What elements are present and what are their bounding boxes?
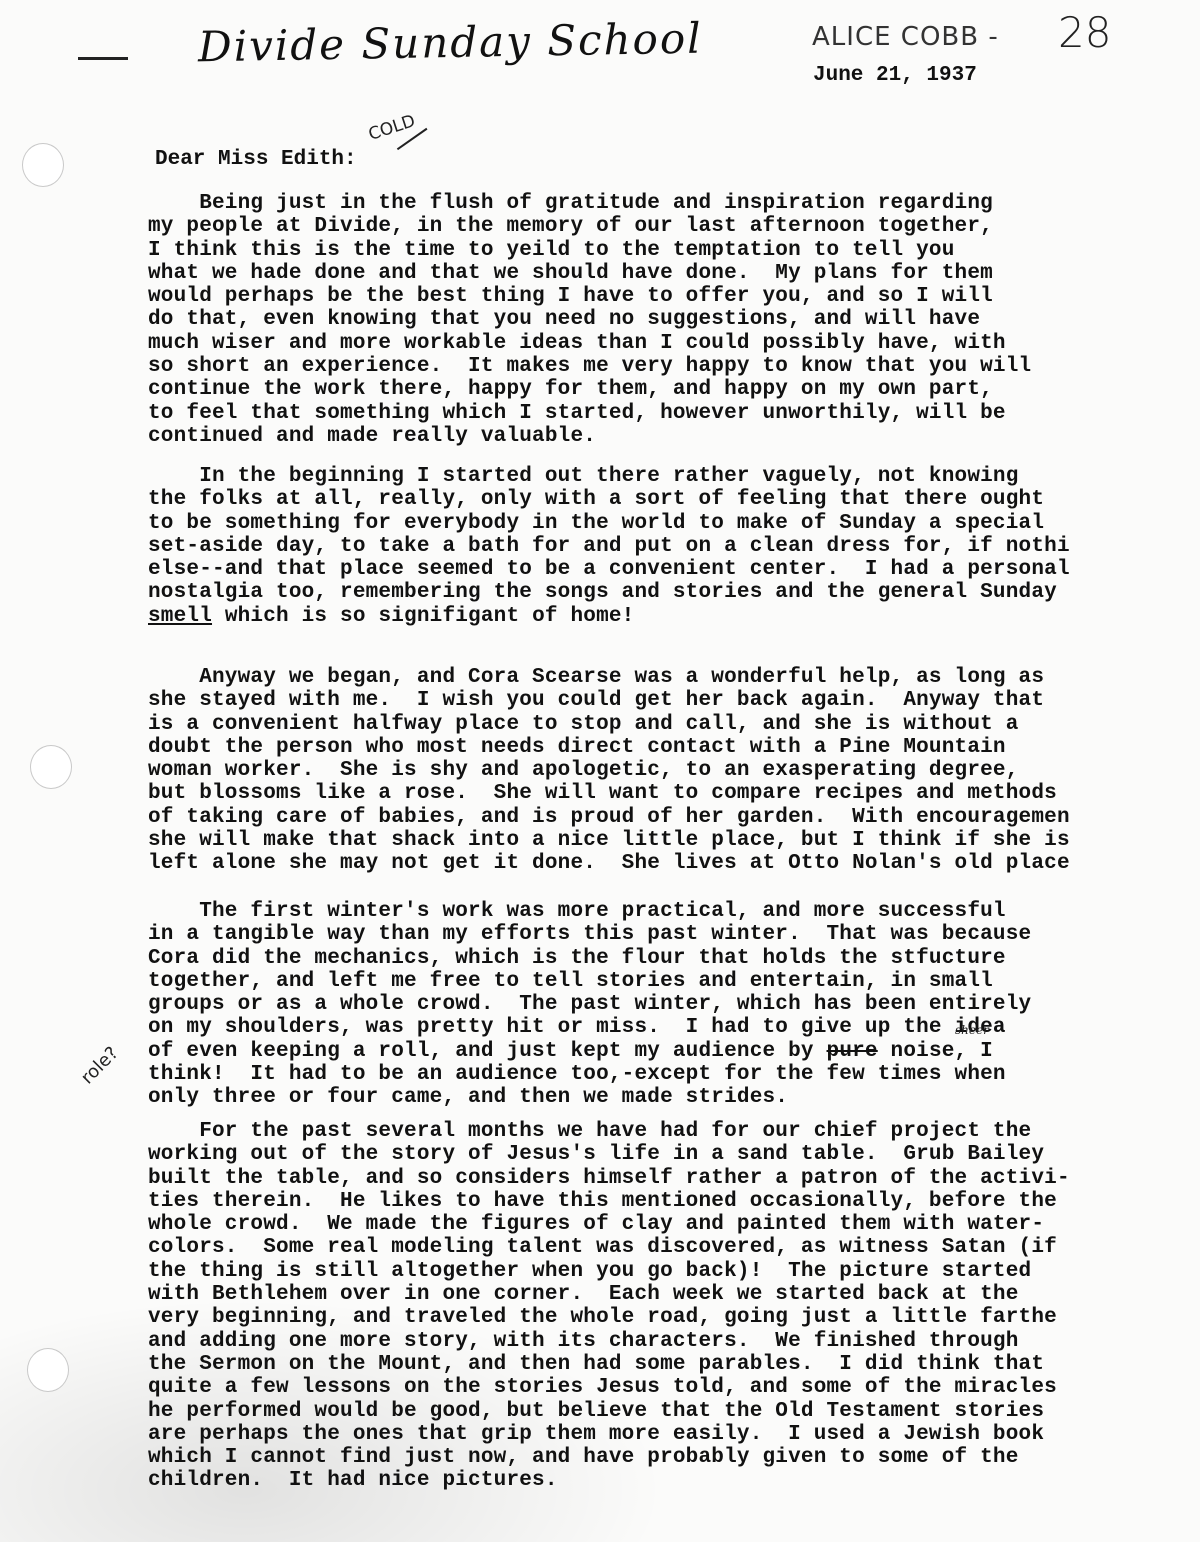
text-line: my people at Divide, in the memory of ou…: [148, 215, 1200, 238]
text-line: working out of the story of Jesus's life…: [148, 1143, 1200, 1166]
underlined-word: smell: [148, 605, 212, 628]
text-fragment: which is so signifigant of home!: [212, 605, 634, 628]
handwritten-author: ALICE COBB -: [812, 22, 999, 52]
text-line: smell which is so signifigant of home!: [148, 605, 1200, 628]
text-line: Cora did the mechanics, which is the flo…: [148, 947, 1200, 970]
text-fragment: noise, I: [878, 1040, 993, 1063]
text-line: continued and made really valuable.: [148, 425, 1200, 448]
text-line: is a convenient halfway place to stop an…: [148, 713, 1200, 736]
text-line: For the past several months we have had …: [148, 1120, 1200, 1143]
text-line: Anyway we began, and Cora Scearse was a …: [148, 666, 1200, 689]
text-line: built the table, and so considers himsel…: [148, 1167, 1200, 1190]
handwritten-dash: [78, 57, 128, 60]
paragraph-3: Anyway we began, and Cora Scearse was a …: [148, 666, 1200, 876]
text-line: quite a few lessons on the stories Jesus…: [148, 1376, 1200, 1399]
text-line: on my shoulders, was pretty hit or miss.…: [148, 1016, 1200, 1039]
text-line: he performed would be good, but believe …: [148, 1400, 1200, 1423]
text-line: and adding one more story, with its char…: [148, 1330, 1200, 1353]
text-line: woman worker. She is shy and apologetic,…: [148, 759, 1200, 782]
handwritten-page-number: 28: [1058, 8, 1111, 57]
text-line: think! It had to be an audience too,-exc…: [148, 1063, 1200, 1086]
text-line: set-aside day, to take a bath for and pu…: [148, 535, 1200, 558]
text-line: of even keeping a roll, and just kept my…: [148, 1040, 1200, 1063]
text-line: only three or four came, and then we mad…: [148, 1086, 1200, 1109]
text-line: she will make that shack into a nice lit…: [148, 829, 1200, 852]
text-line: the folks at all, really, only with a so…: [148, 488, 1200, 511]
paragraph-4: The first winter's work was more practic…: [148, 900, 1200, 1110]
text-line: whole crowd. We made the figures of clay…: [148, 1213, 1200, 1236]
text-line: nostalgia too, remembering the songs and…: [148, 581, 1200, 604]
text-line: what we hade done and that we should hav…: [148, 262, 1200, 285]
text-line: Being just in the flush of gratitude and…: [148, 192, 1200, 215]
text-line: do that, even knowing that you need no s…: [148, 308, 1200, 331]
handwritten-note-role: role?: [77, 1043, 123, 1089]
handwritten-title: Divide Sunday School: [198, 14, 703, 72]
punch-hole-icon: [27, 1348, 69, 1392]
text-line: together, and left me free to tell stori…: [148, 970, 1200, 993]
text-line: of taking care of babies, and is proud o…: [148, 806, 1200, 829]
text-line: with Bethlehem over in one corner. Each …: [148, 1283, 1200, 1306]
text-line: which I cannot find just now, and have p…: [148, 1446, 1200, 1469]
text-line: In the beginning I started out there rat…: [148, 465, 1200, 488]
text-line: The first winter's work was more practic…: [148, 900, 1200, 923]
text-line: doubt the person who most needs direct c…: [148, 736, 1200, 759]
letter-date: June 21, 1937: [813, 64, 977, 87]
text-line: ties therein. He likes to have this ment…: [148, 1190, 1200, 1213]
text-line: else--and that place seemed to be a conv…: [148, 558, 1200, 581]
text-line: I think this is the time to yeild to the…: [148, 239, 1200, 262]
text-line: the Sermon on the Mount, and then had so…: [148, 1353, 1200, 1376]
struck-word: pure: [827, 1040, 878, 1063]
paragraph-5: For the past several months we have had …: [148, 1120, 1200, 1493]
text-line: in a tangible way than my efforts this p…: [148, 923, 1200, 946]
paragraph-2: In the beginning I started out there rat…: [148, 465, 1200, 628]
paragraph-1: Being just in the flush of gratitude and…: [148, 192, 1200, 448]
text-line: continue the work there, happy for them,…: [148, 378, 1200, 401]
text-line: left alone she may not get it done. She …: [148, 852, 1200, 875]
text-line: are perhaps the ones that grip them more…: [148, 1423, 1200, 1446]
punch-hole-icon: [30, 745, 72, 789]
punch-hole-icon: [22, 143, 64, 187]
text-line: the thing is still altogether when you g…: [148, 1260, 1200, 1283]
text-line: she stayed with me. I wish you could get…: [148, 689, 1200, 712]
text-line: much wiser and more workable ideas than …: [148, 332, 1200, 355]
salutation: Dear Miss Edith:: [155, 148, 357, 171]
text-line: very beginning, and traveled the whole r…: [148, 1306, 1200, 1329]
letter-page: Divide Sunday School ALICE COBB - 28 Jun…: [0, 0, 1200, 1542]
text-line: to feel that something which I started, …: [148, 402, 1200, 425]
text-line: to be something for everybody in the wor…: [148, 512, 1200, 535]
text-line: groups or as a whole crowd. The past win…: [148, 993, 1200, 1016]
text-fragment: of even keeping a roll, and just kept my…: [148, 1040, 827, 1063]
handwritten-correction: sheer: [955, 1023, 989, 1037]
text-line: children. It had nice pictures.: [148, 1469, 1200, 1492]
text-line: would perhaps be the best thing I have t…: [148, 285, 1200, 308]
text-line: but blossoms like a rose. She will want …: [148, 782, 1200, 805]
text-line: colors. Some real modeling talent was di…: [148, 1236, 1200, 1259]
text-line: so short an experience. It makes me very…: [148, 355, 1200, 378]
